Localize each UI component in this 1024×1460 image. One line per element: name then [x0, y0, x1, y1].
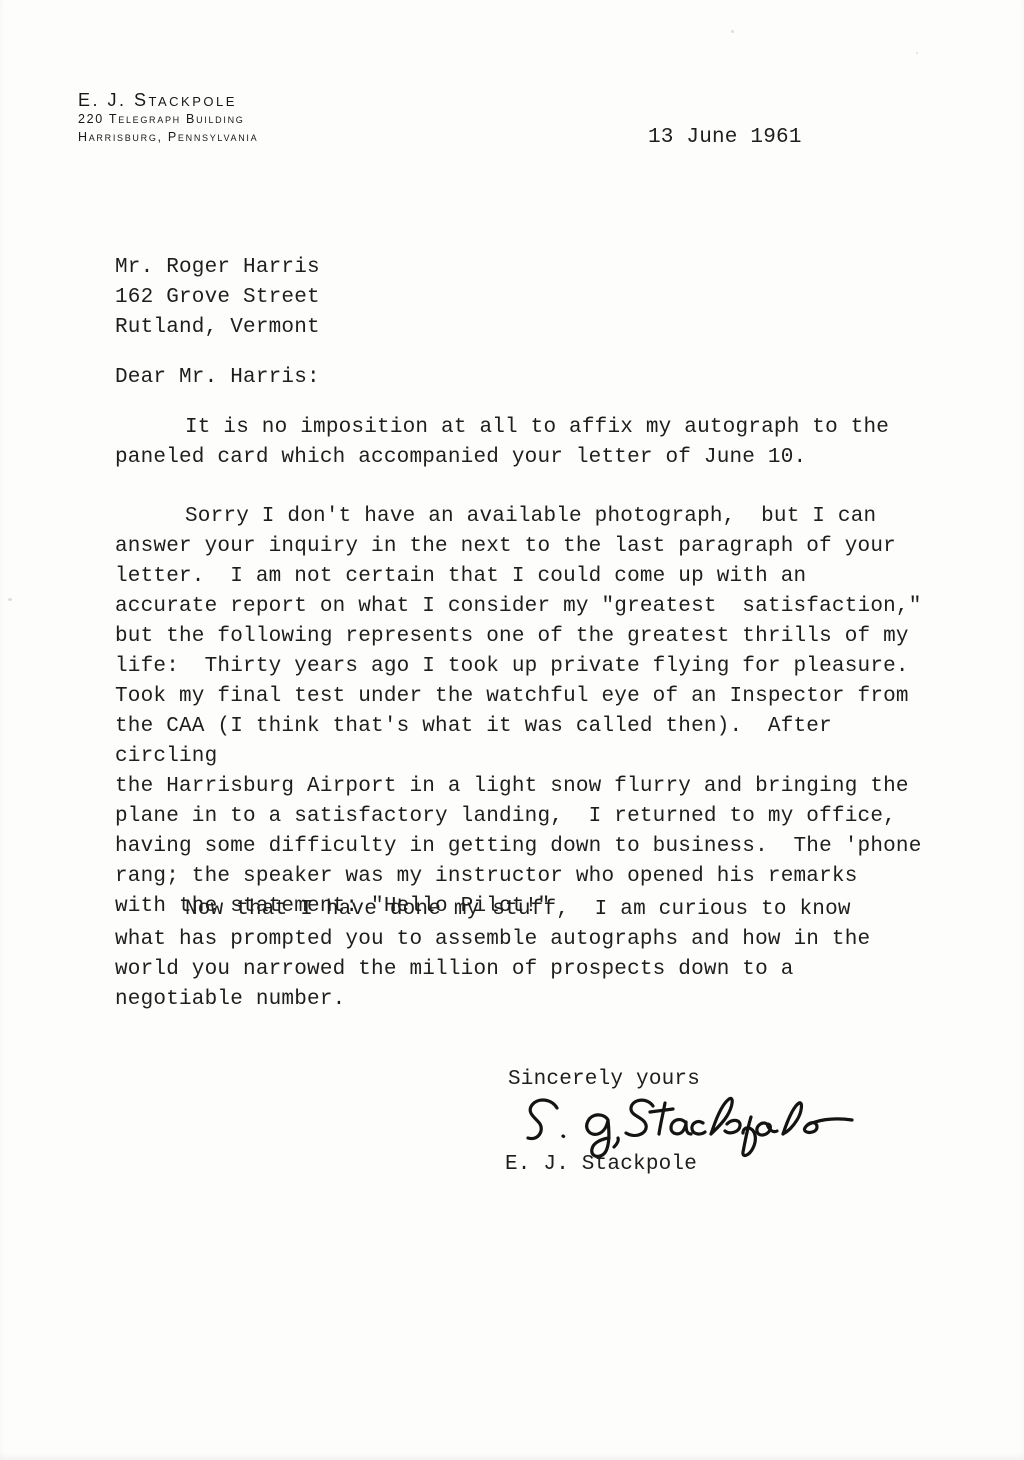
- letter-page: E. J. Stackpole 220 Telegraph Building H…: [0, 0, 1024, 1460]
- letterhead-address-line1: 220 Telegraph Building: [78, 110, 258, 128]
- scan-speck: [731, 30, 734, 33]
- scan-speck: [8, 598, 12, 601]
- salutation: Dear Mr. Harris:: [115, 363, 320, 393]
- scan-speck: [916, 52, 918, 54]
- letterhead-address-line2: Harrisburg, Pennsylvania: [78, 128, 258, 146]
- body-paragraph-2: Sorry I don't have an available photogra…: [115, 502, 930, 922]
- body-paragraph-3: Now that I have done my stuff, I am curi…: [115, 895, 930, 1015]
- letterhead-name: E. J. Stackpole: [78, 90, 258, 110]
- letter-date: 13 June 1961: [648, 123, 802, 153]
- letterhead: E. J. Stackpole 220 Telegraph Building H…: [78, 90, 258, 146]
- body-paragraph-1: It is no imposition at all to affix my a…: [115, 413, 930, 473]
- typed-signature-name: E. J. Stackpole: [505, 1150, 697, 1180]
- recipient-address: Mr. Roger Harris 162 Grove Street Rutlan…: [115, 253, 320, 343]
